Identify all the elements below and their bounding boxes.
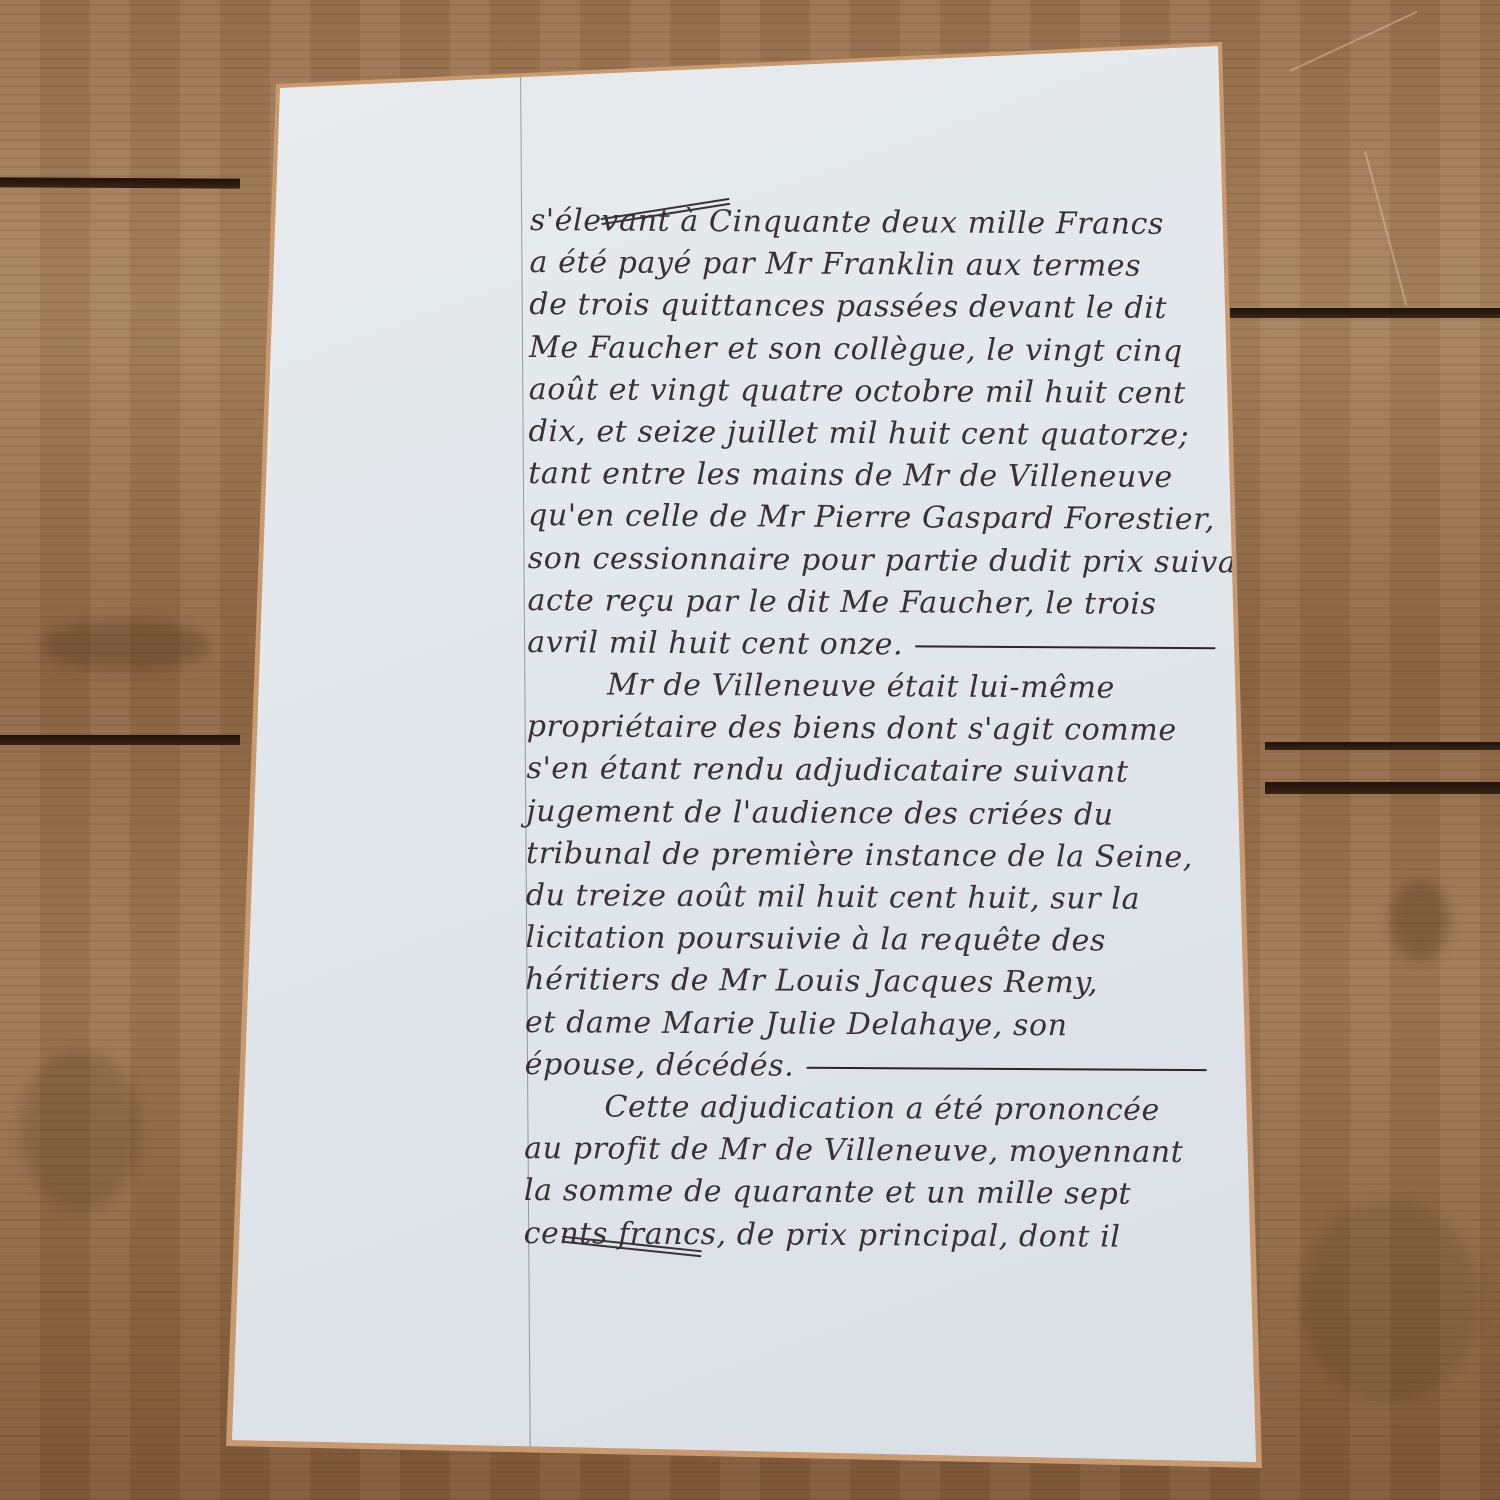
text-line: de trois quittances passées devant le di…: [529, 284, 1259, 331]
text-line: licitation poursuivie à la requête des: [525, 917, 1255, 964]
text-line: s'élevant à Cinquante deux mille Francs: [530, 200, 1260, 247]
paragraph-start-line: Mr de Villeneuve était lui-même: [527, 664, 1257, 711]
text-line: son cessionnaire pour partie dudit prix …: [528, 537, 1258, 584]
plank-gap: [1230, 308, 1500, 318]
paragraph-start-line: Cette adjudication a été prononcée: [524, 1086, 1254, 1133]
text-line: acte reçu par le dit Me Faucher, le troi…: [527, 580, 1257, 627]
wood-stain: [40, 620, 210, 670]
text-line: héritiers de Mr Louis Jacques Remy,: [525, 959, 1255, 1006]
text-line: cents francs, de prix principal, dont il: [524, 1212, 1254, 1259]
text-line: tribunal de première instance de la Sein…: [526, 833, 1256, 880]
text-line-with-rule: épouse, décédés.: [525, 1044, 1255, 1091]
text-line: août et vingt quatre octobre mil huit ce…: [529, 369, 1259, 416]
handwritten-text-block: s'élevant à Cinquante deux mille Francs …: [524, 200, 1260, 1259]
text-line: qu'en celle de Mr Pierre Gaspard Foresti…: [528, 495, 1258, 542]
text-line: s'en étant rendu adjudicataire suivant: [526, 748, 1256, 795]
wood-stain: [20, 1050, 140, 1210]
text-line-content: avril mil huit cent onze.: [527, 625, 903, 662]
text-line: dix, et seize juillet mil huit cent quat…: [528, 411, 1258, 458]
line-end-rule: [915, 645, 1215, 649]
text-line: tant entre les mains de Mr de Villeneuve: [528, 453, 1258, 500]
text-line: Me Faucher et son collègue, le vingt cin…: [529, 327, 1259, 374]
text-line-content: épouse, décédés.: [525, 1047, 795, 1084]
plank-gap: [1265, 782, 1500, 794]
text-line: propriétaire des biens dont s'agit comme: [527, 706, 1257, 753]
text-line: au profit de Mr de Villeneuve, moyennant: [524, 1128, 1254, 1175]
text-line: jugement de l'audience des criées du: [526, 791, 1256, 838]
text-line: du treize août mil huit cent huit, sur l…: [526, 875, 1256, 922]
plank-gap: [0, 177, 240, 188]
plank-gap: [1265, 742, 1500, 750]
wood-stain: [1390, 880, 1450, 960]
text-line: a été payé par Mr Franklin aux termes: [529, 242, 1259, 289]
plank-gap: [0, 735, 240, 745]
wood-stain: [1300, 1200, 1480, 1400]
text-line-with-rule: avril mil huit cent onze.: [527, 622, 1257, 669]
text-line: la somme de quarante et un mille sept: [524, 1170, 1254, 1217]
text-line: et dame Marie Julie Delahaye, son: [525, 1002, 1255, 1049]
line-end-rule: [806, 1066, 1206, 1070]
